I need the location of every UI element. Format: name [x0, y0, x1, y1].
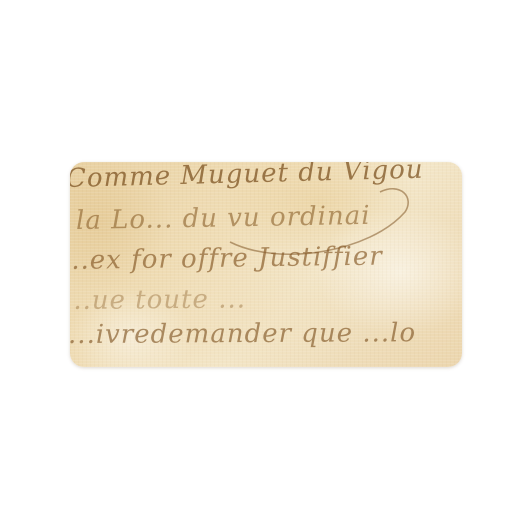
address-label: Comme Muguet du Vigou la Lo... du vu ord… — [70, 162, 462, 367]
handwriting-line: ...ex for offre Justiffier — [70, 242, 383, 276]
handwriting-line: Comme Muguet du Vigou — [70, 162, 424, 194]
handwriting-line: la Lo... du vu ordinai — [76, 201, 371, 236]
handwriting-line: ...ivredemander que ...lo — [70, 318, 416, 350]
product-image: Comme Muguet du Vigou la Lo... du vu ord… — [0, 0, 530, 530]
handwriting-line: ...ue toute ... — [70, 284, 246, 316]
